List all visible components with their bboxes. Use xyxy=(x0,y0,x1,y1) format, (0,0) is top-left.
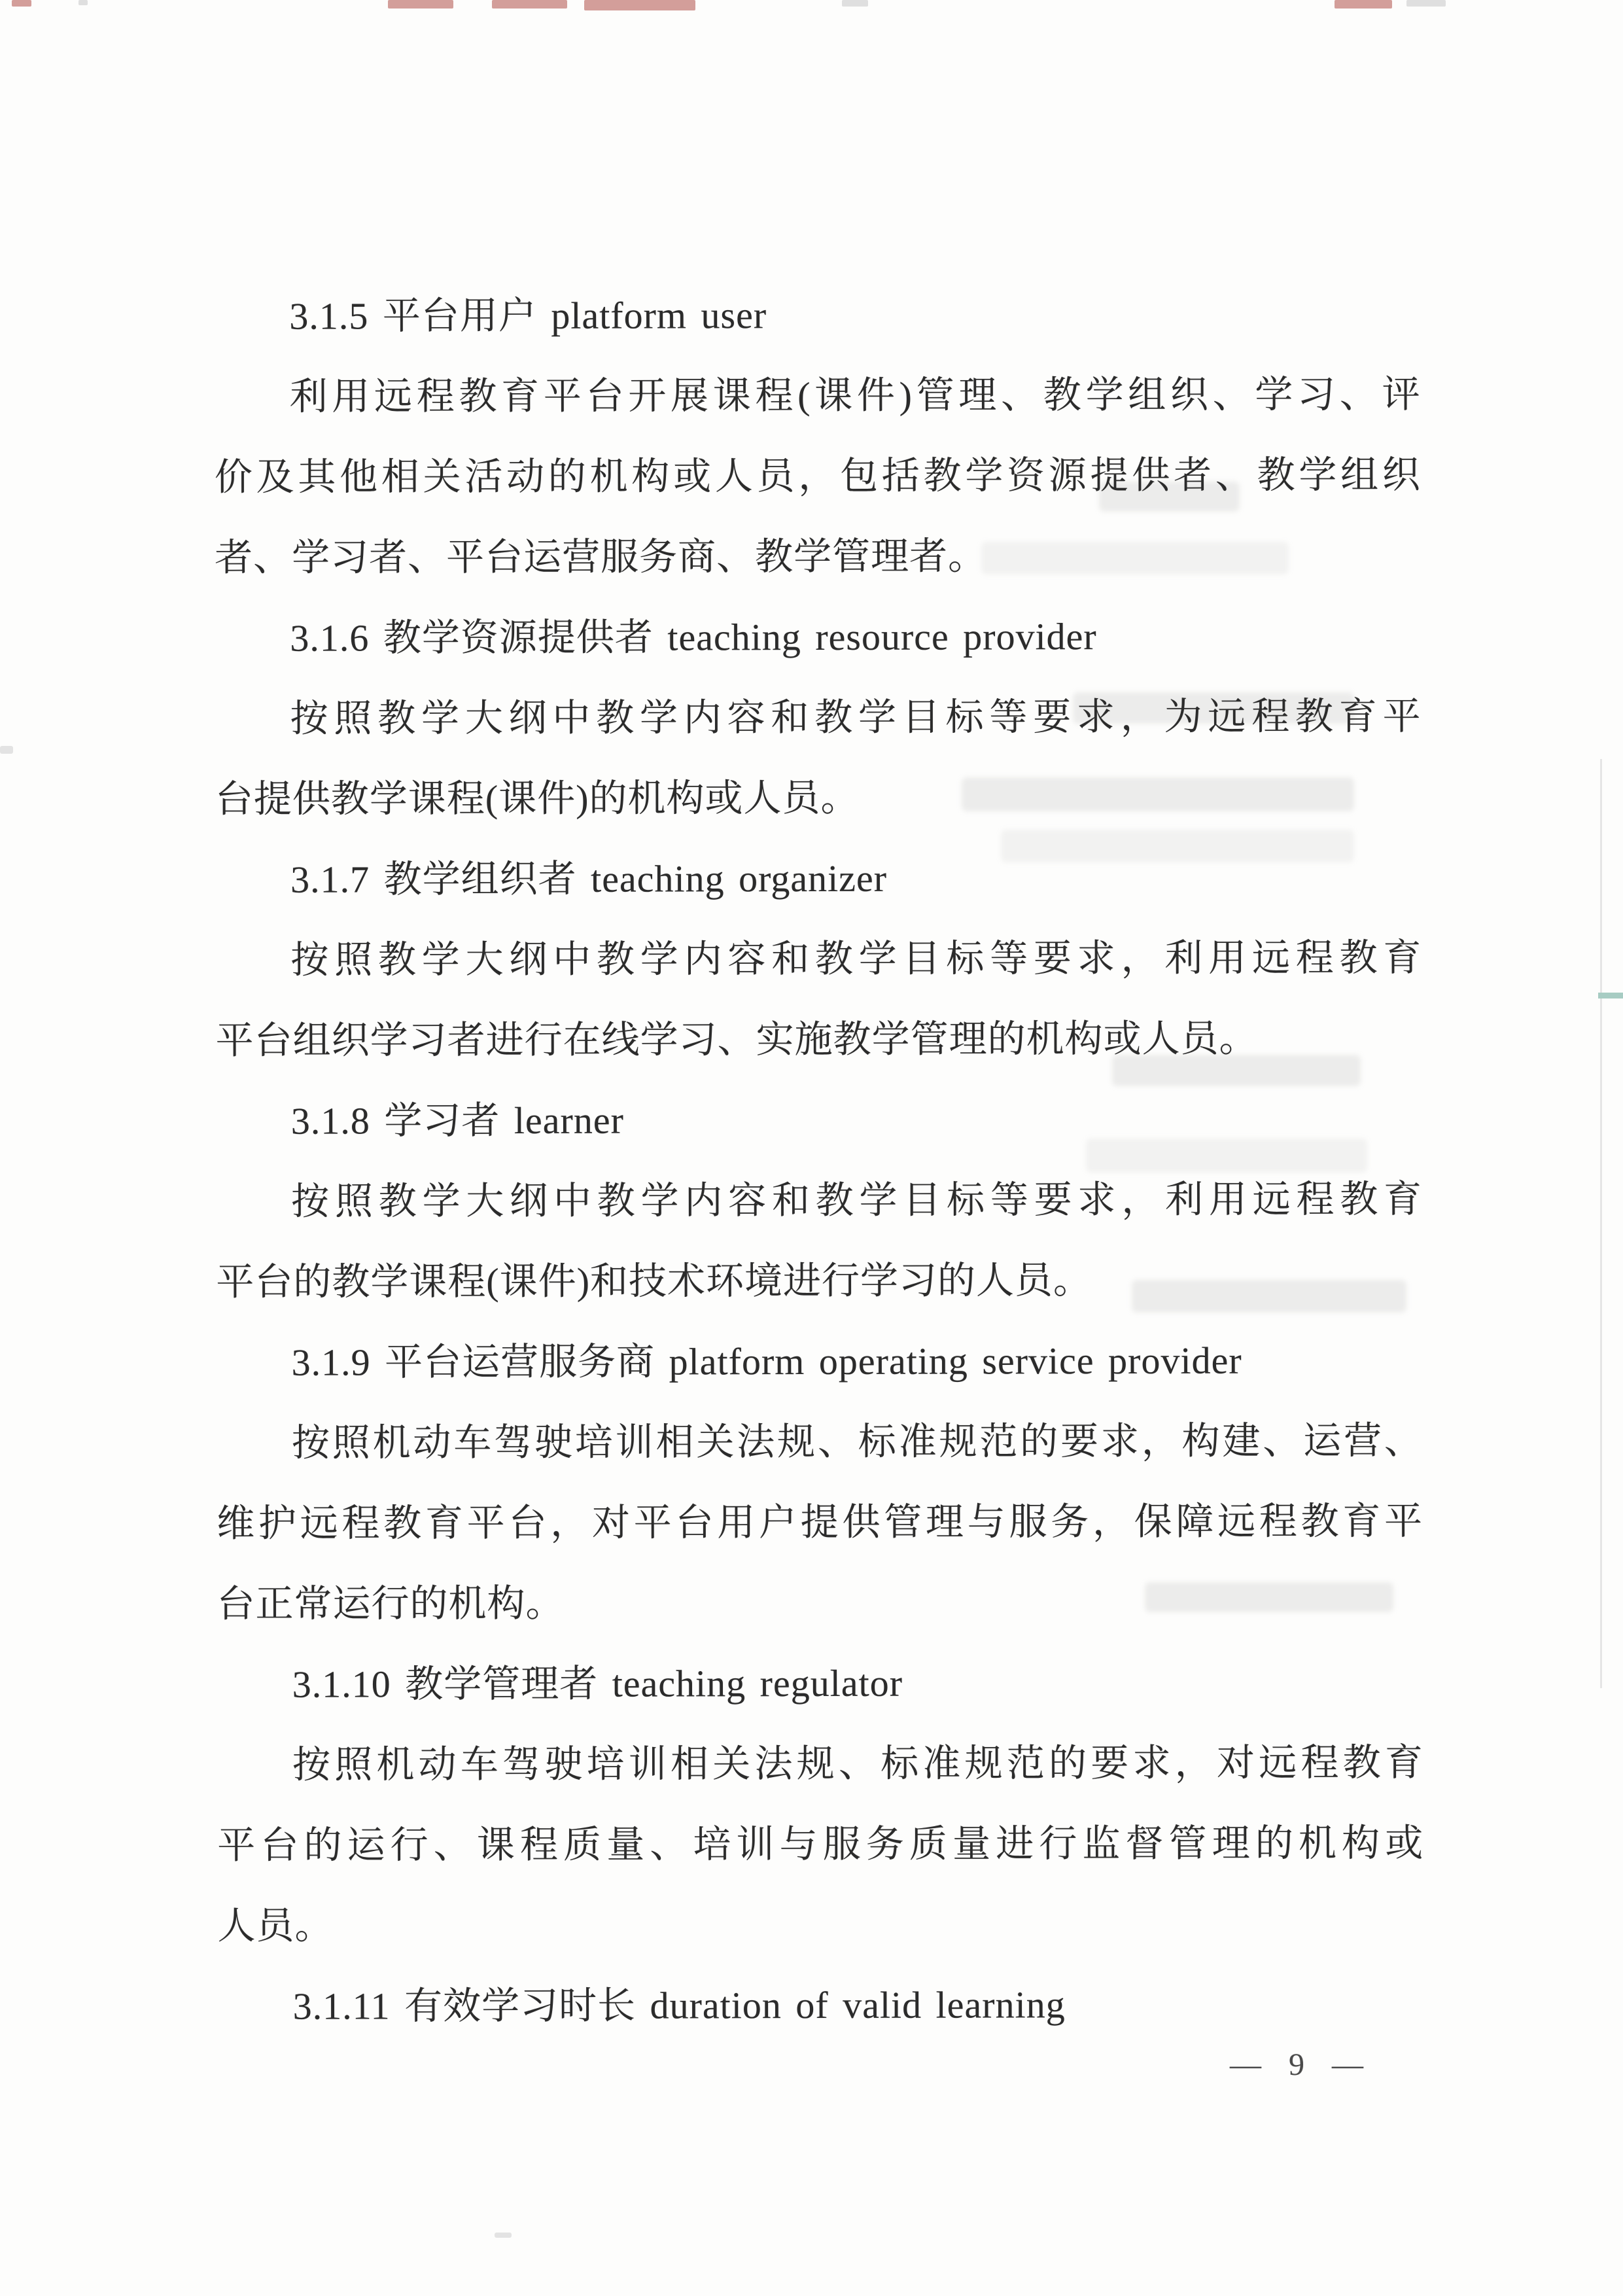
text-line: 人员。 xyxy=(217,1883,1423,1966)
text-line: 维护远程教育平台，对平台用户提供管理与服务，保障远程教育平 xyxy=(217,1481,1423,1564)
scan-vertical-line xyxy=(1600,759,1602,1688)
scanned-document-page: 3.1.5 平台用户 platform user 利用远程教育平台开展课程(课件… xyxy=(0,0,1623,2296)
section-heading-3-1-10: 3.1.10 教学管理者 teaching regulator xyxy=(217,1642,1423,1725)
teal-dash-mark xyxy=(1598,993,1623,998)
text-line: 者、学习者、平台运营服务商、教学管理者。 xyxy=(215,515,1421,598)
document-body: 3.1.5 平台用户 platform user 利用远程教育平台开展课程(课件… xyxy=(214,274,1424,2047)
page-number: — 9 — xyxy=(1230,2047,1366,2083)
text-line: 台正常运行的机构。 xyxy=(217,1561,1423,1644)
section-heading-3-1-5: 3.1.5 平台用户 platform user xyxy=(214,274,1420,357)
text-line: 利用远程教育平台开展课程(课件)管理、教学组织、学习、评 xyxy=(214,354,1420,437)
text-line: 平台的教学课程(课件)和技术环境进行学习的人员。 xyxy=(216,1239,1422,1322)
section-heading-3-1-7: 3.1.7 教学组织者 teaching organizer xyxy=(215,837,1422,920)
scan-top-edge-mark xyxy=(584,0,695,10)
scan-top-edge-mark xyxy=(388,0,453,9)
scan-speck xyxy=(495,2233,512,2238)
text-line: 按照教学大纲中教学内容和教学目标等要求，利用远程教育 xyxy=(215,917,1422,1000)
text-line: 按照机动车驾驶培训相关法规、标准规范的要求，对远程教育 xyxy=(217,1722,1423,1805)
section-heading-3-1-11: 3.1.11 有效学习时长 duration of valid learning xyxy=(218,1964,1424,2047)
section-heading-3-1-9: 3.1.9 平台运营服务商 platform operating service… xyxy=(217,1320,1423,1403)
text-line: 价及其他相关活动的机构或人员，包括教学资源提供者、教学组织 xyxy=(215,434,1421,518)
text-line: 按照教学大纲中教学内容和教学目标等要求，为远程教育平 xyxy=(215,676,1421,759)
scan-top-edge-mark xyxy=(12,0,31,7)
scan-top-edge-mark xyxy=(842,0,868,7)
scan-top-edge-mark xyxy=(79,0,88,5)
scan-top-edge-mark xyxy=(1406,0,1446,7)
text-line: 平台的运行、课程质量、培训与服务质量进行监督管理的机构或 xyxy=(217,1803,1423,1886)
text-line: 平台组织学习者进行在线学习、实施教学管理的机构或人员。 xyxy=(215,998,1422,1081)
text-line: 按照机动车驾驶培训相关法规、标准规范的要求，构建、运营、 xyxy=(217,1400,1423,1483)
scan-top-edge-mark xyxy=(1335,0,1392,9)
scan-top-edge-mark xyxy=(492,0,567,9)
text-line: 台提供教学课程(课件)的机构或人员。 xyxy=(215,756,1422,839)
text-line: 按照教学大纲中教学内容和教学目标等要求，利用远程教育 xyxy=(216,1159,1422,1242)
section-heading-3-1-6: 3.1.6 教学资源提供者 teaching resource provider xyxy=(215,595,1421,679)
scan-speck xyxy=(0,746,13,754)
section-heading-3-1-8: 3.1.8 学习者 learner xyxy=(216,1078,1422,1161)
